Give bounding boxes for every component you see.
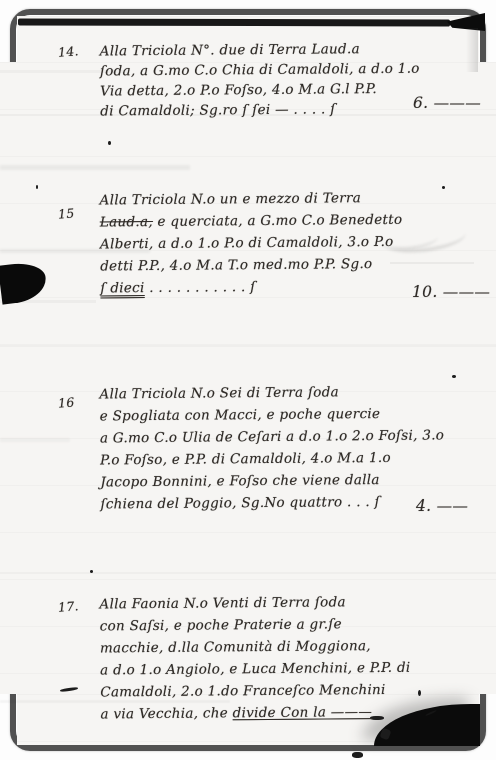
entry-line: Alla Faonia N.o Venti di Terra ſoda (99, 591, 429, 616)
entry-number-17: 17. (58, 598, 80, 614)
entry-line: a via Vecchia, che divide Con la ——— (100, 701, 430, 726)
entry-line-start: a via Vecchia, che (100, 705, 232, 722)
entry-line: ſ dieci . . . . . . . . . . . ſ (100, 275, 430, 300)
page-edge-shade (466, 28, 478, 72)
underlined-phrase: divide Con la ——— (233, 704, 373, 721)
entry-line: a G.mo C.o Ulia de Ceſari a d.o 1.o 2.o … (100, 425, 430, 450)
entry-block-16: Alla Triciola N.o Sei di Terra ſoda e Sp… (99, 381, 430, 516)
entry-line: ſoda, a G.mo C.o Chia di Camaldoli, a d.… (100, 59, 430, 82)
entry-line: ſchiena del Poggio, Sg.No quattro . . . … (100, 491, 430, 516)
entry-line: con Saſsi, e poche Praterie a gr.ſe (100, 613, 430, 638)
entry-block-17: Alla Faonia N.o Venti di Terra ſoda con … (99, 591, 430, 726)
entry-block-14: Alla Triciola N°. due di Terra Laud.a ſo… (100, 39, 431, 122)
entry-number-15: 15 (57, 205, 75, 221)
entry-number-14: 14. (58, 43, 80, 59)
entry-line: Alla Triciola N.o un e mezzo di Terra (100, 187, 430, 212)
entry-line-rest: . . . . . . . . . . . ſ (145, 279, 256, 296)
entry-line: macchie, d.lla Comunità di Moggiona, (100, 635, 430, 660)
entry-block-15: Alla Triciola N.o un e mezzo di Terra La… (100, 187, 431, 300)
ink-smudge (352, 752, 363, 758)
entry-line: Alberti, a d.o 1.o P.o di Camaldoli, 3.o… (100, 231, 430, 256)
entry-line: e Spogliata con Macci, e poche quercie (100, 403, 430, 428)
ink-speck (36, 185, 38, 189)
entry-line: Camaldoli, 2.o 1.do Franceſco Menchini (100, 679, 430, 704)
page-edge-strip (18, 18, 450, 26)
entry-line: di Camaldoli; Sg.ro ſ ſei — . . . . ſ (100, 99, 430, 122)
underlined-word: ſ dieci (100, 280, 144, 296)
entry-line: Jacopo Bonnini, e Foſso che viene dalla (100, 469, 430, 494)
amount-value: 10. ——— (412, 283, 490, 301)
struck-word: Laud.a, (100, 214, 153, 230)
ink-speck (442, 186, 445, 189)
entry-line: a d.o 1.o Angiolo, e Luca Menchini, e P.… (100, 657, 430, 682)
entry-line: Alla Triciola N.o Sei di Terra ſoda (99, 381, 429, 406)
entry-number-16: 16 (57, 394, 75, 410)
ink-speck (90, 570, 93, 573)
entry-line: detti P.P., 4.o M.a T.o med.mo P.P. Sg.o (100, 253, 430, 278)
ink-speck (108, 141, 111, 145)
entry-line: Laud.a, e querciata, a G.mo C.o Benedett… (100, 209, 430, 234)
amount-value: 6. ——— (413, 94, 481, 112)
ink-speck (452, 375, 456, 378)
entry-line: P.o Foſso, e P.P. di Camaldoli, 4.o M.a … (100, 447, 430, 472)
entry-line-rest: e querciata, a G.mo C.o Benedetto (153, 212, 403, 230)
amount-value: 4. —— (416, 497, 468, 515)
